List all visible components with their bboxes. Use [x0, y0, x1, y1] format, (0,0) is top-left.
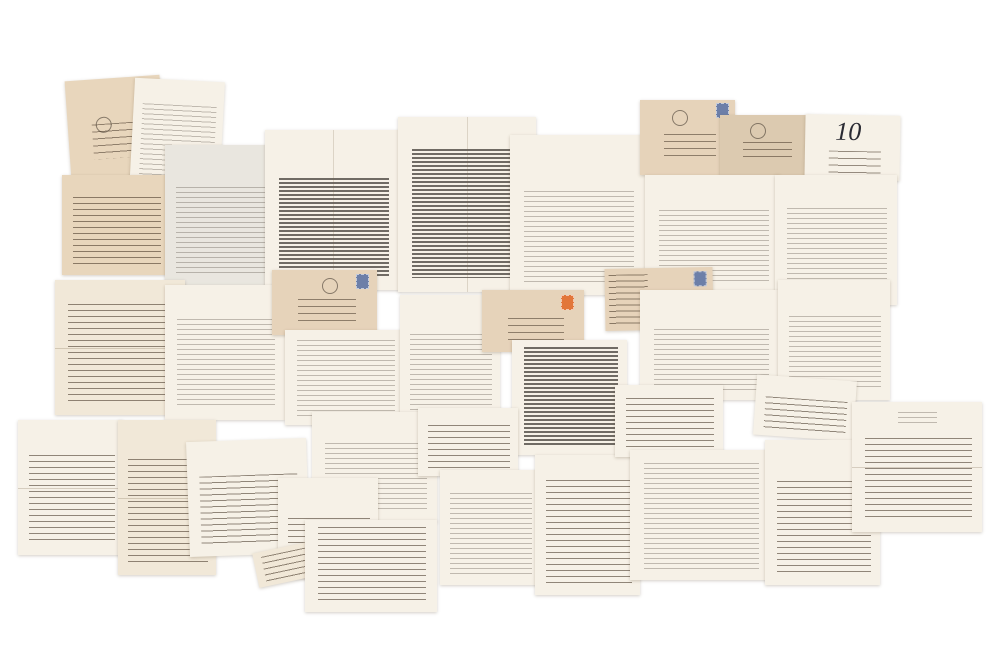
- handwritten-text: [546, 480, 632, 584]
- postage-stamp: [561, 295, 574, 310]
- envelope: [720, 115, 810, 175]
- postage-stamp: [356, 274, 369, 289]
- letters-collage: 10: [0, 0, 1000, 666]
- letter-sheet: [265, 130, 400, 290]
- letter-sheet: [18, 420, 123, 555]
- handwritten-text: [73, 197, 162, 267]
- envelope: [272, 270, 377, 335]
- handwritten-text: [450, 493, 532, 576]
- handwritten-text: [763, 396, 847, 436]
- fold-line: [852, 467, 982, 468]
- envelope: 10: [804, 114, 900, 181]
- typed-text: [412, 149, 525, 279]
- handwritten-address: [828, 150, 881, 174]
- handwritten-address: [664, 134, 716, 160]
- fold-line: [18, 488, 123, 489]
- letter-sheet: [535, 455, 640, 595]
- typed-text: [279, 178, 390, 277]
- letter-sheet: [440, 470, 540, 585]
- typed-text: [410, 334, 492, 415]
- letter-sheet: [165, 145, 275, 285]
- typed-text: [176, 187, 266, 274]
- envelope-numeral: 10: [835, 117, 862, 147]
- handwritten-address: [508, 318, 564, 340]
- handwritten-text: [68, 304, 175, 404]
- letter-sheet: [512, 340, 627, 455]
- letter-sheet: [753, 375, 857, 442]
- letter-sheet: [285, 330, 405, 425]
- postmark: [672, 110, 688, 126]
- fold-line: [467, 117, 468, 292]
- handwritten-text: [865, 438, 972, 521]
- letter-sheet: [852, 402, 982, 532]
- postmark: [750, 123, 766, 139]
- letter-sheet: [305, 520, 437, 612]
- note-card: [615, 385, 723, 457]
- postage-stamp: [694, 271, 707, 286]
- typed-text: [654, 329, 769, 392]
- typed-letterhead: [898, 412, 937, 425]
- handwritten-text: [29, 455, 115, 544]
- fold-line: [333, 130, 334, 290]
- letter-sheet: [630, 450, 770, 580]
- letter-sheet: [62, 175, 170, 275]
- postmark: [322, 278, 338, 294]
- handwritten-text: [297, 340, 395, 418]
- handwritten-address: [298, 299, 356, 322]
- handwritten-text: [428, 425, 510, 471]
- note-card: [418, 408, 518, 476]
- handwritten-text: [318, 527, 426, 604]
- letter-sheet: [165, 285, 285, 420]
- typed-text: [524, 347, 618, 446]
- handwritten-text: [626, 398, 715, 451]
- handwritten-text: [177, 319, 275, 409]
- typed-text: [644, 463, 759, 570]
- handwritten-address: [743, 142, 793, 163]
